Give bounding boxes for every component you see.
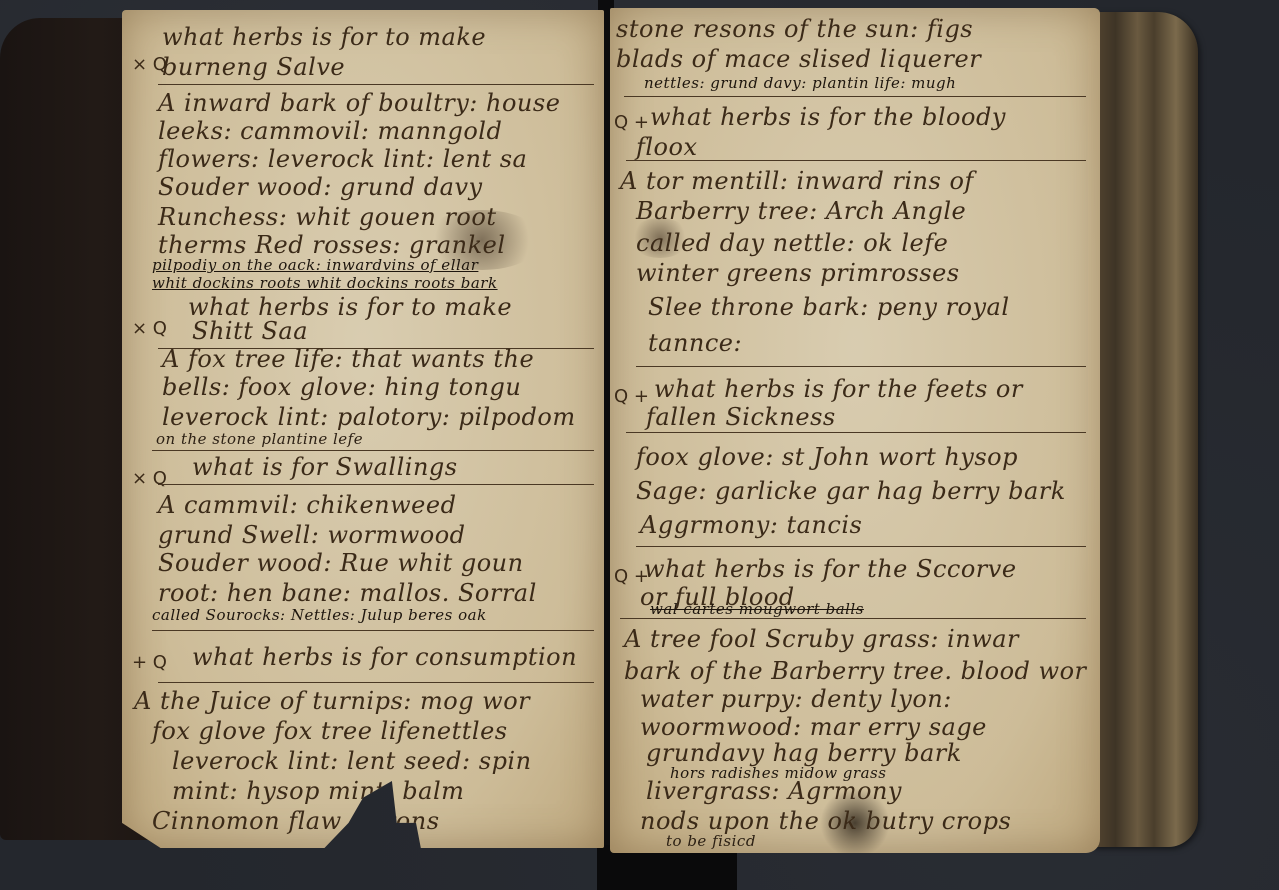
question-line: what herbs is for the bloody [650,102,1100,132]
divider-rule [158,484,594,485]
answer-line: tannce: [648,328,1100,358]
question-line: what herbs is for the Sccorve [644,554,1100,584]
answer-line: Souder wood: Rue whit goun [158,548,604,578]
answer-line: called Sourocks: Nettles: Julup beres oa… [152,606,604,624]
answer-line: leeks: cammovil: manngold [158,116,604,146]
question-line: fallen Sickness [646,402,1100,432]
answer-line: A cammvil: chikenweed [158,490,604,520]
answer-line: root: hen bane: mallos. Sorral [158,578,604,608]
divider-rule [626,432,1086,433]
answer-line: winter greens primrosses [636,258,1100,288]
continuation-line: nettles: grund davy: plantin life: mugh [644,74,1100,92]
answer-line: Sage: garlicke gar hag berry bark [636,476,1100,506]
answer-line: grund Swell: wormwood [158,520,604,550]
answer-line: leverock lint: lent seed: spin [172,746,604,776]
answer-line: Barberry tree: Arch Angle [636,196,1100,226]
divider-rule [152,630,594,631]
divider-rule [620,618,1086,619]
question-line: what herbs is for to make [162,22,604,52]
answer-line: A inward bark of boultry: house [158,88,604,118]
left-page: × Q what herbs is for to make burneng Sa… [122,10,604,848]
answer-line: bells: foox glove: hing tongu [162,372,604,402]
answer-line: whit dockins roots whit dockins roots ba… [152,274,604,292]
book-fore-edge [1088,12,1198,847]
margin-mark: + Q [132,652,167,673]
divider-rule [636,366,1086,367]
answer-line: Slee throne bark: peny royal [648,292,1100,322]
continuation-line: stone resons of the sun: figs [616,14,1100,44]
question-line: floox [636,132,1100,162]
divider-rule [152,450,594,451]
answer-line: leverock lint: palotory: pilpodom [162,402,604,432]
answer-line: Aggrmony: tancis [640,510,1100,540]
answer-line: to be fisicd [666,832,1100,850]
divider-rule [158,84,594,85]
right-page: stone resons of the sun: figs blads of m… [610,8,1100,853]
answer-line: called day nettle: ok lefe [636,228,1100,258]
margin-mark: × Q [132,468,167,489]
answer-line: A the Juice of turnips: mog wor [134,686,604,716]
question-line: what herbs is for consumption [192,642,604,672]
struck-line: wal cartes mougwort balls [650,600,1100,618]
answer-line: Souder wood: grund davy [158,172,604,202]
answer-line: livergrass: Agrmony [646,776,1100,806]
question-line: burneng Salve [162,52,604,82]
answer-line: foox glove: st John wort hysop [636,442,1100,472]
answer-line: flowers: leverock lint: lent sa [158,144,604,174]
question-line: Shitt Saa [192,316,604,346]
margin-mark: × Q [132,318,167,339]
answer-line: fox glove fox tree lifenettles [152,716,604,746]
question-line: what is for Swallings [192,452,604,482]
answer-line: A tor mentill: inward rins of [620,166,1100,196]
answer-line: A fox tree life: that wants the [162,344,604,374]
divider-rule [158,682,594,683]
answer-line: pilpodiy on the oack: inwardvins of ella… [152,256,604,274]
divider-rule [626,160,1086,161]
margin-mark: Q + [614,386,649,407]
divider-rule [636,546,1086,547]
divider-rule [624,96,1086,97]
margin-mark: Q + [614,112,649,133]
answer-line: bark of the Barberry tree. blood wor [624,656,1100,686]
answer-line: water purpy: denty lyon: [640,684,1100,714]
question-line: what herbs is for the feets or [654,374,1100,404]
answer-line: A tree fool Scruby grass: inwar [624,624,1100,654]
answer-line: on the stone plantine lefe [156,430,604,448]
answer-line: Runchess: whit gouen root [158,202,604,232]
continuation-line: blads of mace slised liquerer [616,44,1100,74]
